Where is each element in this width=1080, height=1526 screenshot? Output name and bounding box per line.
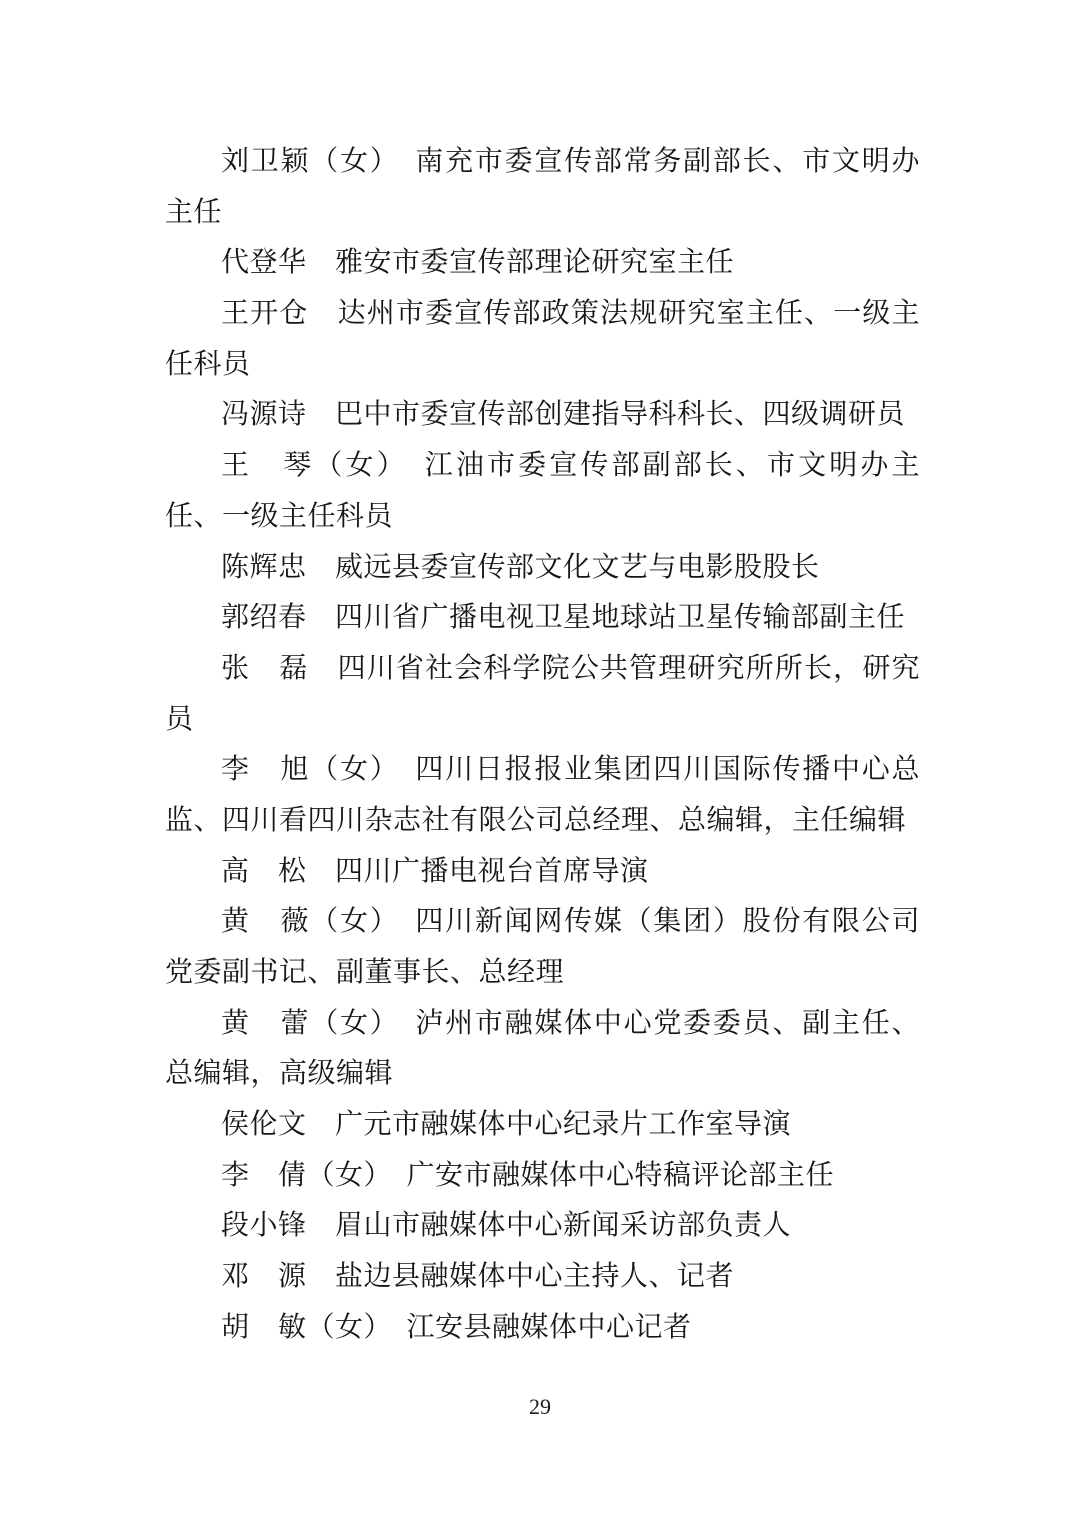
- page-number: 29: [0, 1392, 1080, 1422]
- roster-text-block: 刘卫颖（女） 南充市委宣传部常务副部长、市文明办主任代登华 雅安市委宣传部理论研…: [165, 136, 920, 1353]
- text-line: 王开仓 达州市委宣传部政策法规研究室主任、一级主: [165, 288, 920, 339]
- document-page: 刘卫颖（女） 南充市委宣传部常务副部长、市文明办主任代登华 雅安市委宣传部理论研…: [0, 0, 1080, 1526]
- text-line: 胡 敏（女） 江安县融媒体中心记者: [165, 1302, 920, 1353]
- text-line: 刘卫颖（女） 南充市委宣传部常务副部长、市文明办: [165, 136, 920, 187]
- text-line: 任科员: [165, 339, 920, 390]
- text-line: 主任: [165, 187, 920, 238]
- text-line: 段小锋 眉山市融媒体中心新闻采访部负责人: [165, 1200, 920, 1251]
- text-line: 高 松 四川广播电视台首席导演: [165, 846, 920, 897]
- text-line: 邓 源 盐边县融媒体中心主持人、记者: [165, 1251, 920, 1302]
- text-line: 李 倩（女） 广安市融媒体中心特稿评论部主任: [165, 1150, 920, 1201]
- text-line: 代登华 雅安市委宣传部理论研究室主任: [165, 237, 920, 288]
- text-line: 李 旭（女） 四川日报报业集团四川国际传播中心总: [165, 744, 920, 795]
- text-line: 张 磊 四川省社会科学院公共管理研究所所长，研究: [165, 643, 920, 694]
- text-line: 黄 蕾（女） 泸州市融媒体中心党委委员、副主任、: [165, 998, 920, 1049]
- text-line: 王 琴（女） 江油市委宣传部副部长、市文明办主: [165, 440, 920, 491]
- text-line: 员: [165, 694, 920, 745]
- text-line: 总编辑，高级编辑: [165, 1048, 920, 1099]
- text-line: 陈辉忠 威远县委宣传部文化文艺与电影股股长: [165, 542, 920, 593]
- text-line: 党委副书记、副董事长、总经理: [165, 947, 920, 998]
- text-line: 任、一级主任科员: [165, 491, 920, 542]
- text-line: 黄 薇（女） 四川新闻网传媒（集团）股份有限公司: [165, 896, 920, 947]
- text-line: 监、四川看四川杂志社有限公司总经理、总编辑，主任编辑: [165, 795, 920, 846]
- text-line: 郭绍春 四川省广播电视卫星地球站卫星传输部副主任: [165, 592, 920, 643]
- text-line: 冯源诗 巴中市委宣传部创建指导科科长、四级调研员: [165, 389, 920, 440]
- text-line: 侯伦文 广元市融媒体中心纪录片工作室导演: [165, 1099, 920, 1150]
